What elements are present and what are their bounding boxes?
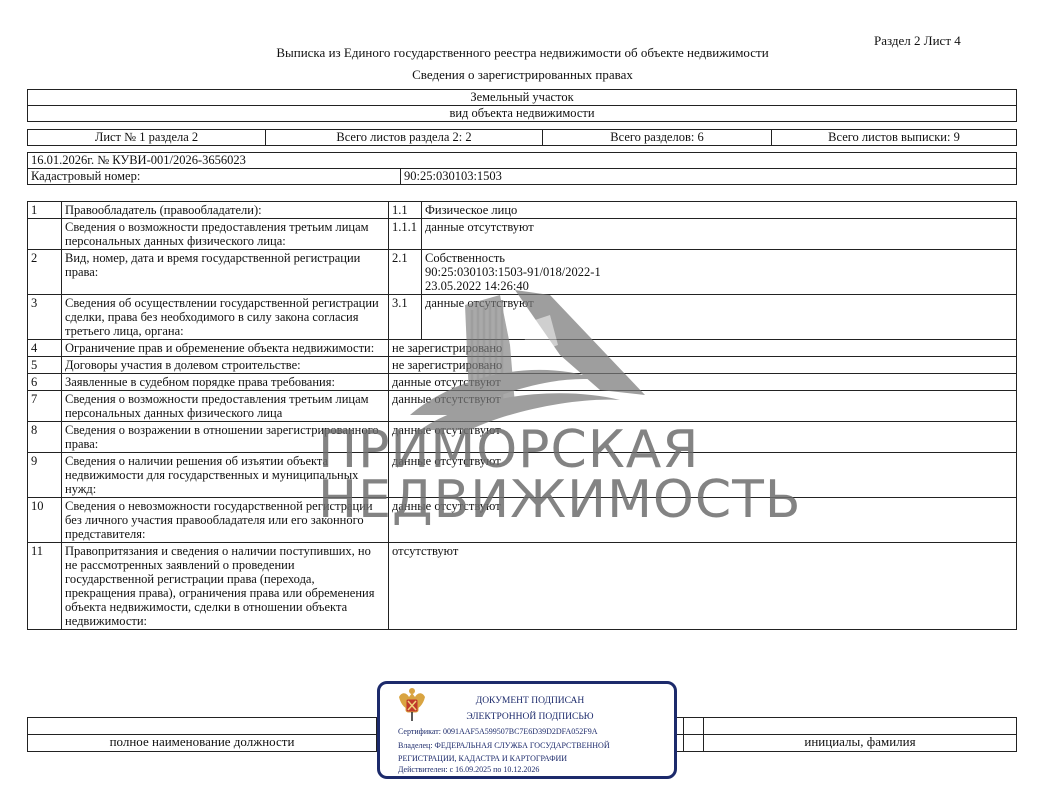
row-value-line: Собственность (425, 251, 1013, 265)
total-section-sheets: Всего листов раздела 2: 2 (266, 130, 543, 146)
row-value: Собственность90:25:030103:1503-91/018/20… (422, 250, 1017, 295)
stamp-owner1: Владелец: ФЕДЕРАЛЬНАЯ СЛУЖБА ГОСУДАРСТВЕ… (398, 741, 610, 750)
table-row: 7Сведения о возможности предоставления т… (28, 391, 1017, 422)
row-label: Сведения о наличии решения об изъятии об… (62, 453, 389, 498)
stamp-certificate: Сертификат: 0091AAF5A599507BC7E6D39D2DFA… (398, 727, 597, 736)
row-label: Заявленные в судебном порядке права треб… (62, 374, 389, 391)
row-value: данные отсутствуют (389, 391, 1017, 422)
row-label: Сведения о невозможности государственной… (62, 498, 389, 543)
row-label: Сведения об осуществлении государственно… (62, 295, 389, 340)
row-code: 2.1 (389, 250, 422, 295)
row-label: Сведения о возможности предоставления тр… (62, 219, 389, 250)
row-number: 11 (28, 543, 62, 630)
row-label: Правообладатель (правообладатели): (62, 202, 389, 219)
row-number: 8 (28, 422, 62, 453)
row-number: 4 (28, 340, 62, 357)
row-number: 10 (28, 498, 62, 543)
position-field (28, 718, 377, 735)
rights-table: 1Правообладатель (правообладатели):1.1Фи… (27, 201, 1017, 630)
document-date-number: 16.01.2026г. № КУВИ-001/2026-3656023 (28, 153, 1017, 169)
row-number: 2 (28, 250, 62, 295)
row-label: Ограничение прав и обременение объекта н… (62, 340, 389, 357)
row-value: данные отсутствуют (389, 374, 1017, 391)
row-code: 3.1 (389, 295, 422, 340)
total-sections: Всего разделов: 6 (543, 130, 772, 146)
row-number: 9 (28, 453, 62, 498)
table-row: 3Сведения об осуществлении государственн… (28, 295, 1017, 340)
document-subtitle: Сведения о зарегистрированных правах (0, 67, 1045, 83)
sheets-info-table: Лист № 1 раздела 2 Всего листов раздела … (27, 129, 1017, 146)
object-type-caption: вид объекта недвижимости (28, 106, 1017, 122)
signature-gap (684, 718, 704, 735)
row-label: Сведения о возражении в отношении зареги… (62, 422, 389, 453)
row-label: Вид, номер, дата и время государственной… (62, 250, 389, 295)
row-number (28, 219, 62, 250)
row-value: данные отсутствуют (422, 219, 1017, 250)
row-value: отсутствуют (389, 543, 1017, 630)
electronic-signature-stamp: ДОКУМЕНТ ПОДПИСАН ЭЛЕКТРОННОЙ ПОДПИСЬЮ С… (377, 681, 677, 779)
row-value: данные отсутствуют (389, 422, 1017, 453)
sheet-of-section: Лист № 1 раздела 2 (28, 130, 266, 146)
row-number: 1 (28, 202, 62, 219)
row-number: 6 (28, 374, 62, 391)
table-row: 9Сведения о наличии решения об изъятии о… (28, 453, 1017, 498)
row-label: Правопритязания и сведения о наличии пос… (62, 543, 389, 630)
document-title: Выписка из Единого государственного реес… (0, 45, 1045, 61)
row-value: Физическое лицо (422, 202, 1017, 219)
cadastral-number: 90:25:030103:1503 (401, 169, 1017, 185)
row-value: данные отсутствуют (389, 453, 1017, 498)
stamp-line2: ЭЛЕКТРОННОЙ ПОДПИСЬЮ (380, 712, 680, 722)
table-row: 5Договоры участия в долевом строительств… (28, 357, 1017, 374)
row-value: данные отсутствуют (389, 498, 1017, 543)
table-row: 11Правопритязания и сведения о наличии п… (28, 543, 1017, 630)
row-value: данные отсутствуют (422, 295, 1017, 340)
row-number: 3 (28, 295, 62, 340)
row-value: не зарегистрировано (389, 357, 1017, 374)
table-row: Сведения о возможности предоставления тр… (28, 219, 1017, 250)
row-value-line: 23.05.2022 14:26:40 (425, 279, 1013, 293)
table-row: 1Правообладатель (правообладатели):1.1Фи… (28, 202, 1017, 219)
row-number: 5 (28, 357, 62, 374)
row-code: 1.1 (389, 202, 422, 219)
table-row: 10Сведения о невозможности государственн… (28, 498, 1017, 543)
table-row: 2Вид, номер, дата и время государственно… (28, 250, 1017, 295)
table-row: 4Ограничение прав и обременение объекта … (28, 340, 1017, 357)
object-type-table: Земельный участок вид объекта недвижимос… (27, 89, 1017, 122)
name-field (704, 718, 1017, 735)
stamp-owner2: РЕГИСТРАЦИИ, КАДАСТРА И КАРТОГРАФИИ (398, 754, 567, 763)
stamp-line1: ДОКУМЕНТ ПОДПИСАН (380, 696, 680, 706)
row-value: не зарегистрировано (389, 340, 1017, 357)
stamp-valid: Действителен: с 16.09.2025 по 10.12.2026 (398, 765, 539, 774)
object-type: Земельный участок (28, 90, 1017, 106)
row-code: 1.1.1 (389, 219, 422, 250)
row-number: 7 (28, 391, 62, 422)
position-caption: полное наименование должности (28, 735, 377, 752)
row-label: Сведения о возможности предоставления тр… (62, 391, 389, 422)
table-row: 8Сведения о возражении в отношении зарег… (28, 422, 1017, 453)
row-value-line: 90:25:030103:1503-91/018/2022-1 (425, 265, 1013, 279)
document-info-table: 16.01.2026г. № КУВИ-001/2026-3656023 Кад… (27, 152, 1017, 185)
total-extract-sheets: Всего листов выписки: 9 (772, 130, 1017, 146)
table-row: 6Заявленные в судебном порядке права тре… (28, 374, 1017, 391)
name-caption: инициалы, фамилия (704, 735, 1017, 752)
cadastral-label: Кадастровый номер: (28, 169, 401, 185)
row-label: Договоры участия в долевом строительстве… (62, 357, 389, 374)
